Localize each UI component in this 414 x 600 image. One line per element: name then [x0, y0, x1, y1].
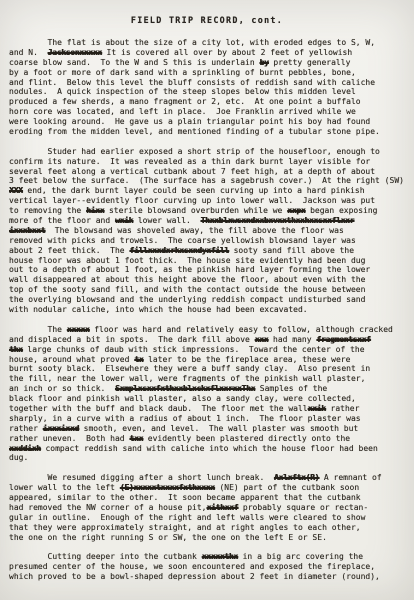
text-segment: Cutting deeper into the cutbank [9, 552, 202, 561]
text-segment: horn core was located, and left in place… [9, 107, 356, 116]
struck-text: wxik [115, 216, 133, 225]
text-line: sharply, in a curve with a radius of abo… [9, 414, 409, 424]
text-line: out to a depth of about 1 foot, as the p… [9, 265, 409, 275]
text-line: Studer had earlier exposed a short strip… [9, 147, 409, 157]
text-line: several feet along a vertical cutbank ab… [9, 167, 409, 177]
text-line: lower wall to the left (E)xxxxxtxxxxfxth… [9, 483, 409, 493]
text-segment: The [9, 325, 67, 334]
text-line: about 2 feet thick. The fillxxxdxrkxsxnd… [9, 246, 409, 256]
text-line: vertical layer--evidently floor curving … [9, 196, 409, 206]
text-segment: and flint. Below this level the bluff co… [9, 78, 375, 87]
text-segment: burnt sooty black. Elsewhere they were a… [9, 364, 370, 373]
text-segment: in a big arc covering the [238, 552, 363, 561]
text-line: the one on the right running S or SW, th… [9, 533, 409, 543]
struck-text: xxx [255, 335, 269, 344]
text-segment: confirm its nature. It was revealed as a… [9, 157, 370, 166]
text-line: appeared, similar to the other. It soon … [9, 493, 409, 503]
text-segment: more of the floor and [9, 216, 115, 225]
scanned-document-page: FIELD TRIP RECORD, cont. The flat is abo… [0, 0, 414, 600]
paragraph: Cutting deeper into the cutbank xxxxxthx… [9, 552, 409, 582]
struck-text: Jacksonxxxxx [48, 48, 102, 57]
text-line: more of the floor and wxik lower wall. T… [9, 216, 409, 226]
text-segment: evidently been plastered directly onto t… [143, 434, 350, 443]
struck-text: xxik [308, 404, 326, 413]
page-title: FIELD TRIP RECORD, cont. [0, 0, 414, 25]
text-line: the overlying blowsand and the underlyin… [9, 295, 409, 305]
text-segment: by a foot or more of dark sand with a sp… [9, 68, 356, 77]
document-body: The flat is about the size of a city lot… [0, 25, 414, 582]
text-line: burnt sooty black. Elsewhere they were a… [9, 364, 409, 374]
text-segment: later to be the fireplace area, these we… [143, 355, 350, 364]
text-line: together with the buff and black daub. T… [9, 404, 409, 414]
text-segment: the overlying blowsand and the underlyin… [9, 295, 365, 304]
text-segment: produced a few sherds, a mano fragment o… [9, 97, 361, 106]
text-segment: gular in outline. Enough of the right an… [9, 513, 365, 522]
text-line: 3 feet below the surface. (The surface h… [9, 176, 409, 186]
text-line: rather uneven. Both had txx evidently be… [9, 434, 409, 444]
struck-text: xxddixh [9, 444, 41, 453]
paragraph: The flat is about the size of a city lot… [9, 38, 409, 137]
struck-text: tx [134, 355, 143, 364]
text-line: ixxxbxxt The blowsand was shoveled away,… [9, 226, 409, 236]
text-line: presumed center of the house, we soon en… [9, 562, 409, 572]
text-line: rather ixxxixxd smooth, even, and level.… [9, 424, 409, 434]
struck-text: Thxxblxwsxndxxbxvxxthxxhxxsxxflxxr [200, 216, 354, 225]
text-segment: smooth, even, and level. The wall plaste… [79, 424, 358, 433]
text-segment: house floor was about 1 foot thick. The … [9, 256, 365, 265]
text-segment: It is covered all over by about 2 feet o… [102, 48, 352, 57]
struck-text: by [259, 58, 268, 67]
text-segment: about 2 feet thick. The [9, 246, 129, 255]
struck-text: xxxxx [67, 325, 90, 334]
text-segment: were looking around. He gave us a plain … [9, 117, 370, 126]
text-segment: rather [326, 404, 360, 413]
text-segment: which proved to be a bowl-shaped depress… [9, 572, 380, 581]
text-line: confirm its nature. It was revealed as a… [9, 157, 409, 167]
text-segment: 3 feet below the surface. (The surface h… [9, 176, 404, 185]
text-line: The flat is about the size of a city lot… [9, 38, 409, 48]
text-segment: sooty sand fill above the [229, 246, 354, 255]
text-line: were looking around. He gave us a plain … [9, 117, 409, 127]
text-line: We resumed digging after a short lunch b… [9, 473, 409, 483]
text-segment: large chunks of daub with stick impressi… [23, 345, 365, 354]
text-line: and displaced a bit in spots. The dark f… [9, 335, 409, 345]
text-segment: The flat is about the size of a city lot… [9, 38, 375, 47]
text-line: xxddixh compact reddish sand with calich… [9, 444, 409, 454]
text-segment: vertical layer--evidently floor curving … [9, 196, 375, 205]
struck-text: xxpx [287, 206, 305, 215]
text-segment: with nodular caliche, into which the hou… [9, 305, 308, 314]
text-line: horn core was located, and left in place… [9, 107, 409, 117]
struck-text: fragmentsxxf [316, 335, 370, 344]
struck-text: thx [9, 345, 23, 354]
text-line: black floor and pinkish wall plaster, al… [9, 394, 409, 404]
text-line: had removed the NW corner of a house pit… [9, 503, 409, 513]
text-line: to removing the hixx sterile blowsand ov… [9, 206, 409, 216]
text-segment: had many [268, 335, 316, 344]
struck-text: SxmplxsxxfxthxxblxckxflxxrxxThx [115, 384, 255, 393]
text-segment: began exposing [305, 206, 377, 215]
paragraph: We resumed digging after a short lunch b… [9, 473, 409, 542]
text-segment: We resumed digging after a short lunch b… [9, 473, 274, 482]
text-segment: several feet along a vertical cutbank ab… [9, 167, 375, 176]
text-segment: rather [9, 424, 43, 433]
struck-text: xxxxxthx [202, 552, 238, 561]
text-segment: the one on the right running S or SW, th… [9, 533, 327, 542]
text-segment: dug. [9, 453, 28, 462]
text-segment: and displaced a bit in spots. The dark f… [9, 335, 255, 344]
text-segment: Samples of the [255, 384, 327, 393]
text-segment: end, the dark burnt layer could be seen … [23, 186, 365, 195]
text-segment: an inch or so thick. [9, 384, 115, 393]
struck-text: txx [129, 434, 143, 443]
text-line: an inch or so thick. Sxmplxsxxfxthxxblxc… [9, 384, 409, 394]
text-line: dug. [9, 453, 409, 463]
text-segment: coarse blow sand. To the W and S this is… [9, 58, 259, 67]
text-line: Cutting deeper into the cutbank xxxxxthx… [9, 552, 409, 562]
text-segment: pretty generally [269, 58, 351, 67]
struck-text: fillxxxdxrkxsxndyxfill [129, 246, 228, 255]
text-segment: appeared, similar to the other. It soon … [9, 493, 361, 502]
text-segment: lower wall to the left [9, 483, 120, 492]
text-segment: sterile blowsand overburden while we [104, 206, 287, 215]
text-line: with nodular caliche, into which the hou… [9, 305, 409, 315]
text-line: nodules. A quick inspection of the steep… [9, 87, 409, 97]
struck-text: XXX [9, 186, 23, 195]
text-segment: and N. [9, 48, 48, 57]
text-line: The xxxxx floor was hard and relatively … [9, 325, 409, 335]
struck-text: ixxxbxxt [9, 226, 45, 235]
text-line: eroding from the midden level, and menti… [9, 127, 409, 137]
struck-text: Axlxftx(R) [274, 473, 319, 482]
text-line: and N. Jacksonxxxxx It is covered all ov… [9, 48, 409, 58]
paragraph: Studer had earlier exposed a short strip… [9, 147, 409, 315]
text-line: by a foot or more of dark sand with a sp… [9, 68, 409, 78]
text-segment: eroding from the midden level, and menti… [9, 127, 380, 136]
text-line: wall disappeared at about this height ab… [9, 275, 409, 285]
text-segment: out to a depth of about 1 foot, as the p… [9, 265, 370, 274]
text-segment: compact reddish sand with caliche into w… [41, 444, 378, 453]
struck-text: hixx [86, 206, 104, 215]
text-segment: removed with picks and trowels. The coar… [9, 236, 356, 245]
text-line: top of the sooty sand fill, and with the… [9, 285, 409, 295]
text-segment: wall disappeared at about this height ab… [9, 275, 365, 284]
text-segment: A remnant of [319, 473, 382, 482]
text-line: removed with picks and trowels. The coar… [9, 236, 409, 246]
struck-text: xithxxf [206, 503, 238, 512]
text-segment: black floor and pinkish wall plaster, al… [9, 394, 356, 403]
text-segment: to removing the [9, 206, 86, 215]
text-line: that they were approximately straight, a… [9, 523, 409, 533]
text-segment: house, around what proved [9, 355, 134, 364]
struck-text: (E)xxxxxtxxxxfxthxxxx [120, 483, 215, 492]
text-line: XXX end, the dark burnt layer could be s… [9, 186, 409, 196]
text-segment: the fill, near the lower wall, were frag… [9, 374, 365, 383]
text-segment: had removed the NW corner of a house pit… [9, 503, 206, 512]
text-line: gular in outline. Enough of the right an… [9, 513, 409, 523]
text-line: which proved to be a bowl-shaped depress… [9, 572, 409, 582]
text-segment: probably square or rectan- [238, 503, 368, 512]
text-segment: sharply, in a curve with a radius of abo… [9, 414, 361, 423]
text-segment: floor was hard and relatively easy to fo… [89, 325, 392, 334]
text-line: coarse blow sand. To the W and S this is… [9, 58, 409, 68]
text-line: house, around what proved tx later to be… [9, 355, 409, 365]
text-segment: The blowsand was shoveled away, the fill… [45, 226, 344, 235]
text-line: house floor was about 1 foot thick. The … [9, 256, 409, 266]
text-line: thx large chunks of daub with stick impr… [9, 345, 409, 355]
text-line: the fill, near the lower wall, were frag… [9, 374, 409, 384]
text-segment: (NE) part of the cutbank soon [215, 483, 360, 492]
text-segment: lower wall. [133, 216, 200, 225]
text-segment: that they were approximately straight, a… [9, 523, 361, 532]
paragraph: The xxxxx floor was hard and relatively … [9, 325, 409, 463]
struck-text: ixxxixxd [43, 424, 79, 433]
text-segment: Studer had earlier exposed a short strip… [9, 147, 380, 156]
text-segment: top of the sooty sand fill, and with the… [9, 285, 365, 294]
text-segment: rather uneven. Both had [9, 434, 129, 443]
text-segment: presumed center of the house, we soon en… [9, 562, 375, 571]
text-line: and flint. Below this level the bluff co… [9, 78, 409, 88]
text-line: produced a few sherds, a mano fragment o… [9, 97, 409, 107]
text-segment: together with the buff and black daub. T… [9, 404, 308, 413]
text-segment: nodules. A quick inspection of the steep… [9, 87, 356, 96]
